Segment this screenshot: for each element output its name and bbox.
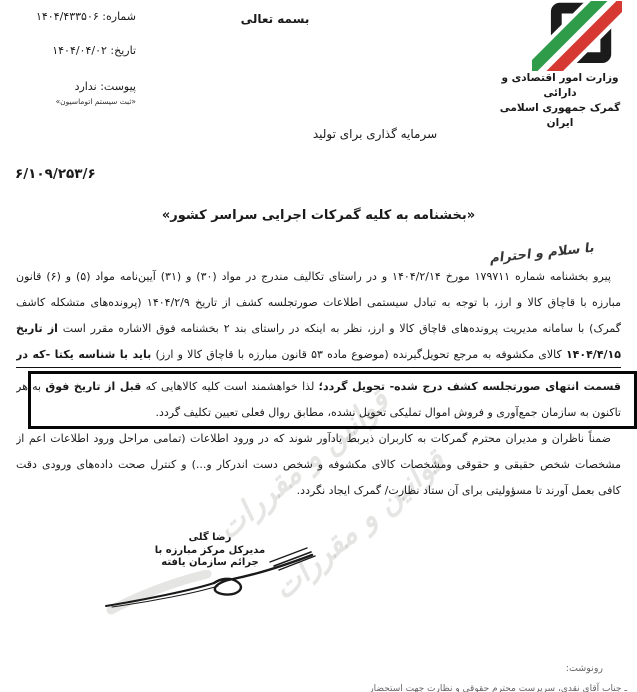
letter-number-row: شماره: ۱۴۰۴/۴۳۳۵۰۶: [14, 10, 136, 23]
body-line: ضمناً ناظران و مدیران محترم گمرکات به کا…: [16, 426, 621, 452]
letter-attachment-row: پیوست: ندارد: [14, 80, 136, 93]
body-line: قسمت انتهای صورتجلسه کشف درج شده- تحویل …: [16, 374, 621, 400]
signatory-name: رضا گلی: [153, 532, 267, 545]
org-title-block: وزارت امور اقتصادی و دارائی گمرک جمهوری …: [487, 71, 633, 131]
watermark-swoosh: [103, 570, 213, 619]
body-line: تاکنون به سازمان جمع‌آوری و فروش اموال ت…: [16, 400, 621, 426]
letter-number-value: ۱۴۰۴/۴۳۳۵۰۶: [36, 10, 99, 23]
signature-block: رضا گلی مدیرکل مرکز مبارزه با جرائم سازم…: [153, 532, 267, 570]
body-line: گمرک) با سامانه مدیریت پرونده‌های قاچاق …: [16, 316, 621, 342]
letter-attachment-value: ندارد: [75, 80, 97, 93]
letter-date-row: تاریخ: ۱۴۰۴/۰۴/۰۲: [14, 44, 136, 57]
letter-body: پیرو بخشنامه شماره ۱۷۹۷۱۱ مورخ ۱۴۰۴/۲/۱۴…: [16, 264, 621, 504]
letter-date-value: ۱۴۰۴/۰۴/۰۲: [52, 44, 107, 57]
circular-letter-page: شماره: ۱۴۰۴/۴۳۳۵۰۶ تاریخ: ۱۴۰۴/۰۴/۰۲ پیو…: [0, 0, 637, 692]
bismillah-heading: بسمه تعالی: [213, 12, 337, 26]
year-slogan: سرمایه گذاری برای تولید: [300, 127, 450, 141]
reference-number: ۶/۱۰۹/۲۵۳/۶: [15, 166, 96, 182]
circular-title: «بخشنامه به کلیه گمرکات اجرایی سراسر کشو…: [0, 208, 637, 223]
automation-registration-note: «ثبت سیستم اتوماسیون»: [14, 97, 136, 106]
customs-logo-icon: [532, 1, 622, 71]
letter-meta-block: شماره: ۱۴۰۴/۴۳۳۵۰۶ تاریخ: ۱۴۰۴/۰۴/۰۲ پیو…: [14, 10, 136, 106]
handwritten-greeting: با سلام و احترام: [489, 240, 595, 266]
signatory-title-line1: مدیرکل مرکز مبارزه با: [153, 545, 267, 558]
body-line: مبارزه با قاچاق کالا و ارز، با توجه به ت…: [16, 290, 621, 316]
letter-attachment-label: پیوست:: [100, 80, 136, 93]
ministry-title: وزارت امور اقتصادی و دارائی: [487, 71, 633, 101]
body-line: پیرو بخشنامه شماره ۱۷۹۷۱۱ مورخ ۱۴۰۴/۲/۱۴…: [16, 264, 621, 290]
body-line: مشخصات شخص حقیقی و حقوقی ومشخصات کالای م…: [16, 452, 621, 478]
body-line: ۱۴۰۴/۴/۱۵ کالای مکشوفه به مرجع تحویل‌گیر…: [16, 342, 621, 368]
body-line: کافی بعمل آورند تا مسؤولیتی برای آن ستاد…: [16, 478, 621, 504]
copies-label: رونوشت:: [566, 663, 603, 674]
letter-number-label: شماره:: [102, 10, 136, 23]
signatory-title-line2: جرائم سازمان یافته: [153, 557, 267, 570]
copies-recipient-line: ـ جناب آقای نقدی، سرپرست محترم حقوقی و ن…: [369, 684, 627, 692]
customs-title: گمرک جمهوری اسلامی ایران: [487, 101, 633, 131]
letter-date-label: تاریخ:: [110, 44, 136, 57]
